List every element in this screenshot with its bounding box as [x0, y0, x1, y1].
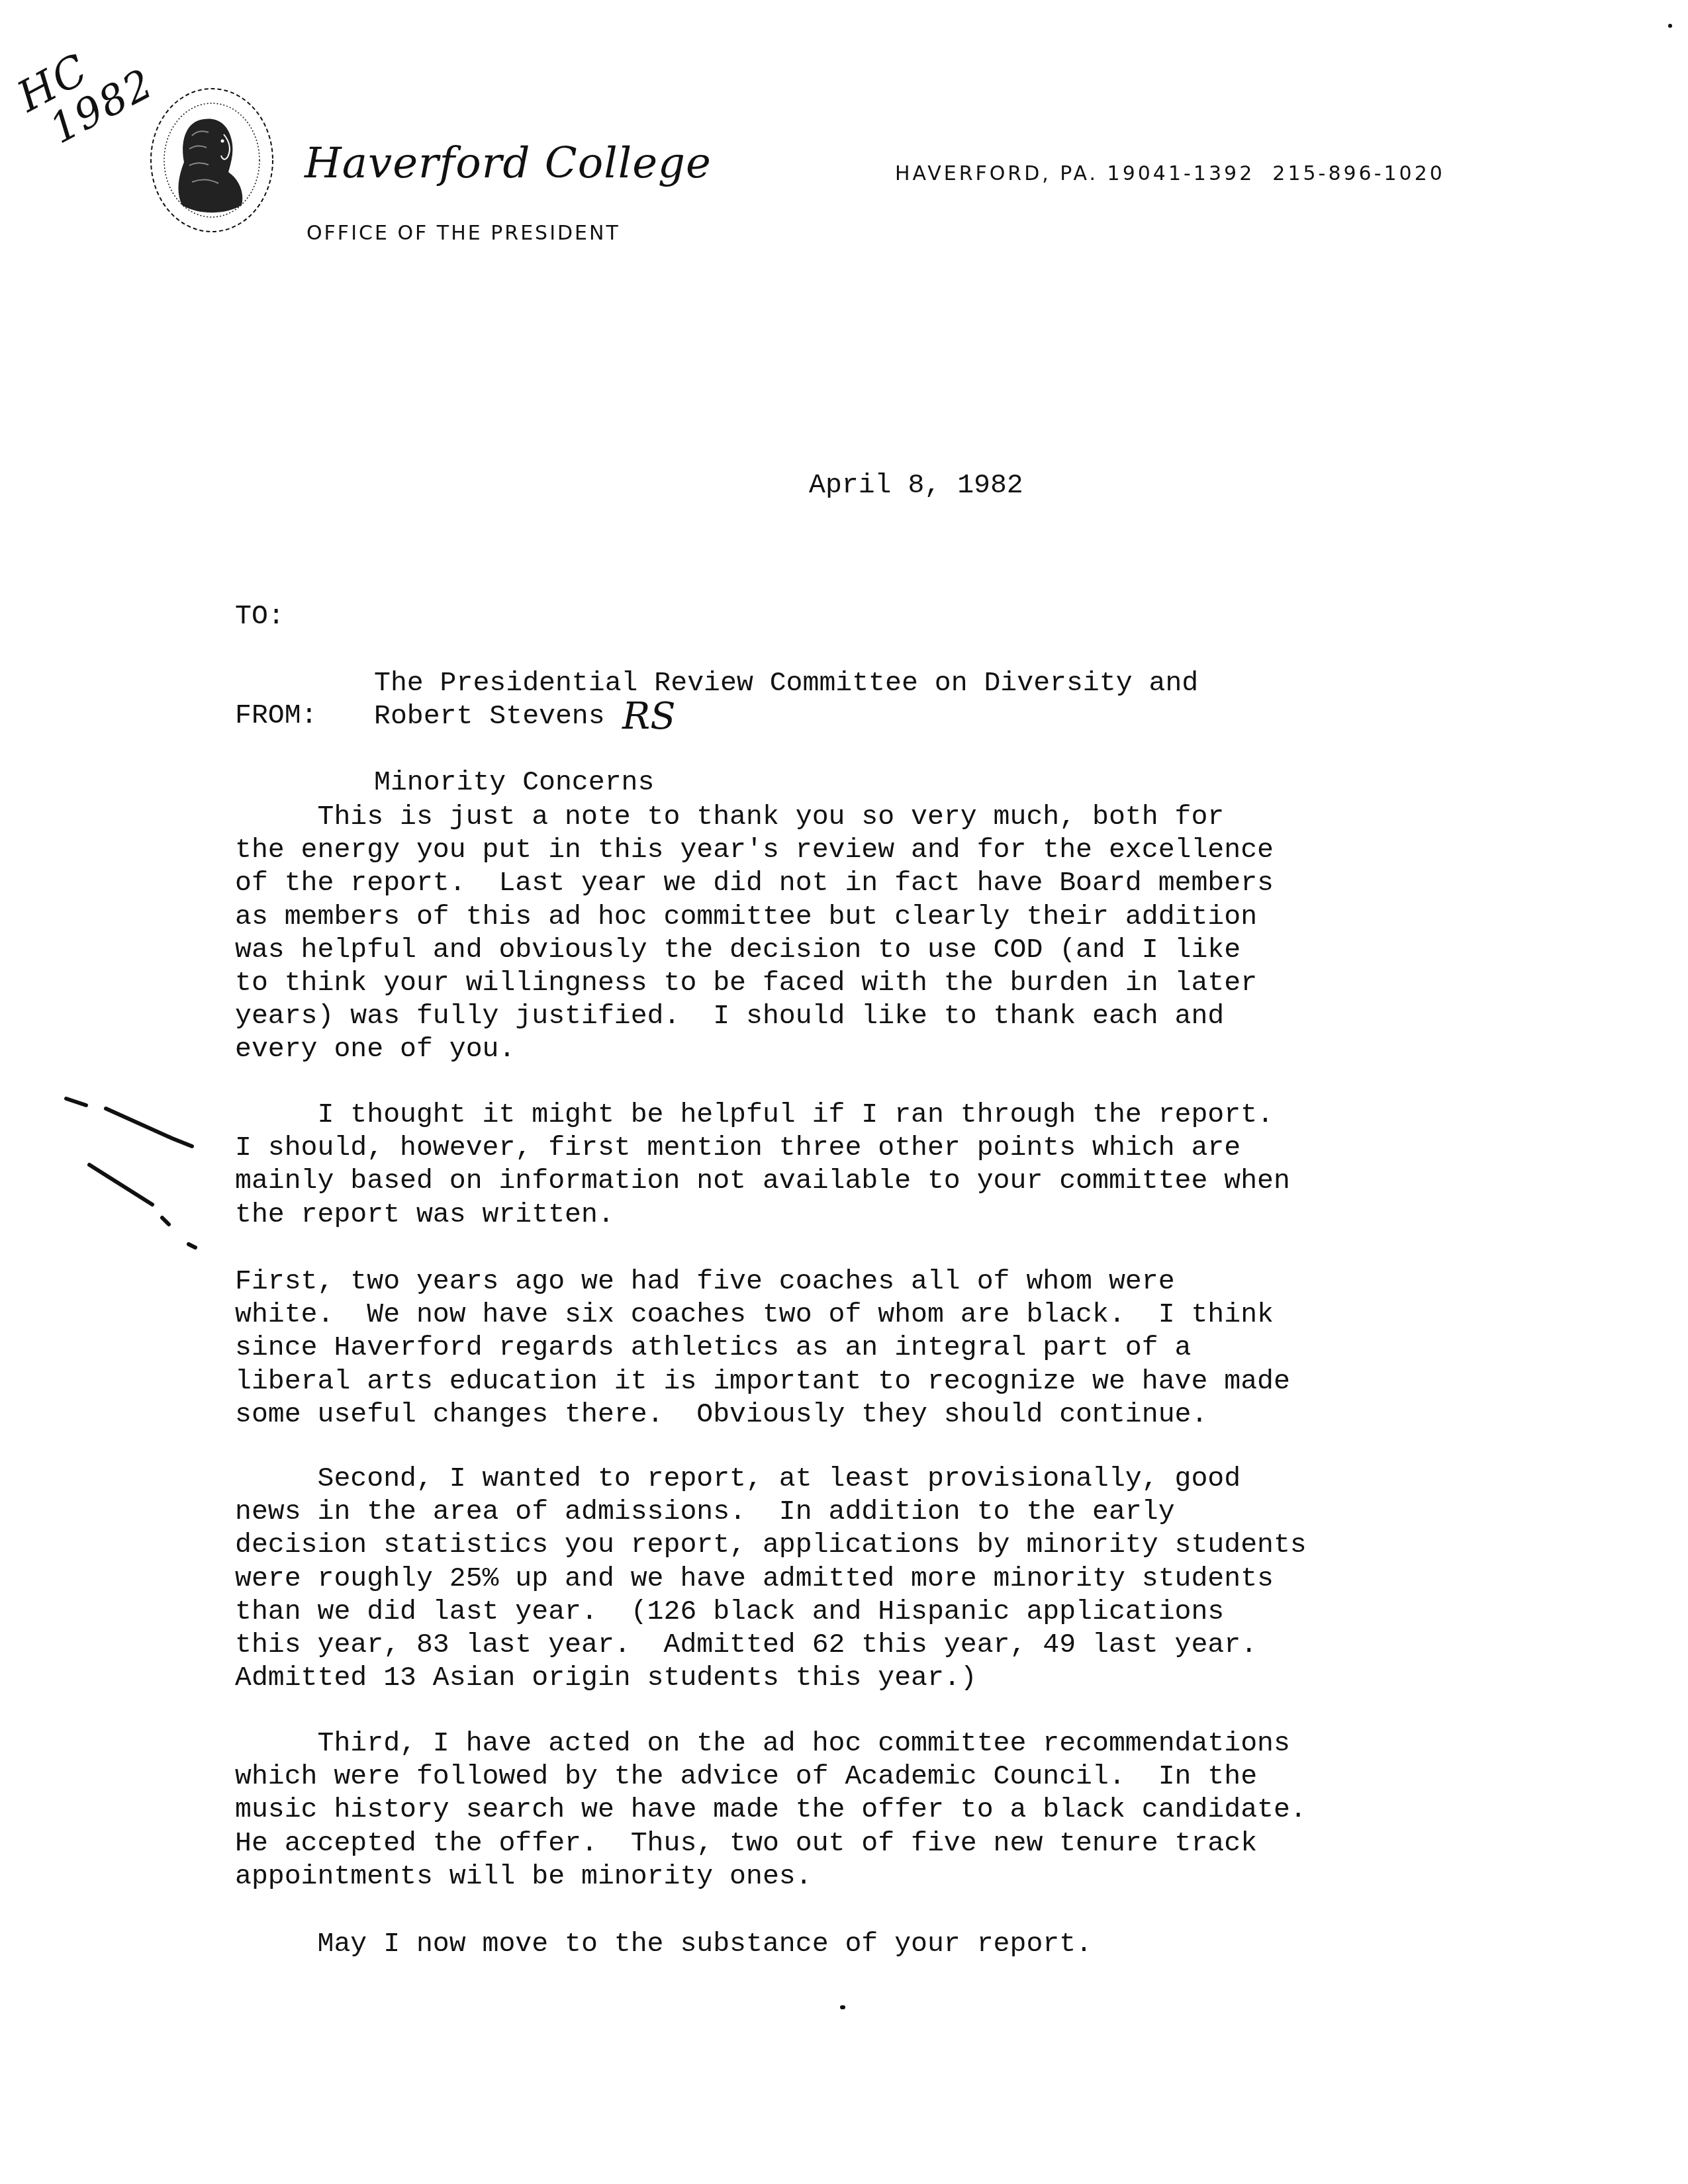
from-label: FROM:	[235, 700, 318, 731]
text-line: This is just a note to thank you so very…	[235, 801, 1274, 834]
text-line: every one of you.	[235, 1033, 1274, 1066]
text-line: May I now move to the substance of your …	[235, 1928, 1092, 1961]
text-line: some useful changes there. Obviously the…	[235, 1398, 1290, 1432]
paragraph-third-point: Third, I have acted on the ad hoc commit…	[235, 1727, 1307, 1893]
from-value: Robert Stevens	[374, 700, 605, 733]
text-line: the energy you put in this year's review…	[235, 834, 1274, 867]
text-line: the report was written.	[235, 1199, 1290, 1232]
paragraph-first-point: First, two years ago we had five coaches…	[235, 1265, 1290, 1432]
margin-mark-icon	[53, 1085, 225, 1257]
paragraph-second-point: Second, I wanted to report, at least pro…	[235, 1463, 1307, 1695]
text-line: liberal arts education it is important t…	[235, 1365, 1290, 1398]
paragraph-thanks: This is just a note to thank you so very…	[235, 801, 1274, 1067]
text-line: mainly based on information not availabl…	[235, 1165, 1290, 1198]
text-line: Third, I have acted on the ad hoc commit…	[235, 1727, 1307, 1760]
text-line: than we did last year. (126 black and Hi…	[235, 1596, 1307, 1629]
scan-speck	[840, 2005, 845, 2009]
text-line: Admitted 13 Asian origin students this y…	[235, 1662, 1307, 1695]
letter-page: HC 1982 Haverford College OFFICE OF THE …	[0, 0, 1688, 2184]
text-line: He accepted the offer. Thus, two out of …	[235, 1827, 1307, 1860]
text-line: were roughly 25% up and we have admitted…	[235, 1563, 1307, 1596]
to-value-line: The Presidential Review Committee on Div…	[374, 667, 1198, 700]
text-line: since Haverford regards athletics as an …	[235, 1332, 1290, 1365]
letter-date: April 8, 1982	[809, 470, 1023, 501]
text-line: music history search we have made the of…	[235, 1794, 1307, 1827]
text-line: this year, 83 last year. Admitted 62 thi…	[235, 1629, 1307, 1662]
text-line: years) was fully justified. I should lik…	[235, 1000, 1274, 1033]
college-name: Haverford College	[305, 139, 712, 188]
scan-speck	[1668, 24, 1672, 28]
text-line: of the report. Last year we did not in f…	[235, 867, 1274, 900]
office-name: OFFICE OF THE PRESIDENT	[306, 222, 620, 245]
handwritten-annotation: HC 1982	[1, 17, 165, 175]
text-line: decision statistics you report, applicat…	[235, 1529, 1307, 1562]
handwritten-initials-signature: RS	[622, 695, 676, 738]
paragraph-closing: May I now move to the substance of your …	[235, 1928, 1092, 1961]
text-line: white. We now have six coaches two of wh…	[235, 1298, 1290, 1332]
paragraph-intro: I thought it might be helpful if I ran t…	[235, 1099, 1290, 1232]
to-label: TO:	[235, 601, 285, 632]
text-line: Second, I wanted to report, at least pro…	[235, 1463, 1307, 1496]
text-line: I thought it might be helpful if I ran t…	[235, 1099, 1290, 1132]
text-line: to think your willingness to be faced wi…	[235, 967, 1274, 1000]
text-line: I should, however, first mention three o…	[235, 1132, 1290, 1165]
text-line: news in the area of admissions. In addit…	[235, 1496, 1307, 1529]
college-address: HAVERFORD, PA. 19041-1392 215-896-1020	[895, 162, 1445, 185]
text-line: was helpful and obviously the decision t…	[235, 934, 1274, 967]
to-value-line: Minority Concerns	[374, 766, 1198, 799]
text-line: which were followed by the advice of Aca…	[235, 1760, 1307, 1794]
text-line: First, two years ago we had five coaches…	[235, 1265, 1290, 1298]
text-line: as members of this ad hoc committee but …	[235, 901, 1274, 934]
college-seal-icon	[146, 83, 278, 238]
text-line: appointments will be minority ones.	[235, 1860, 1307, 1893]
